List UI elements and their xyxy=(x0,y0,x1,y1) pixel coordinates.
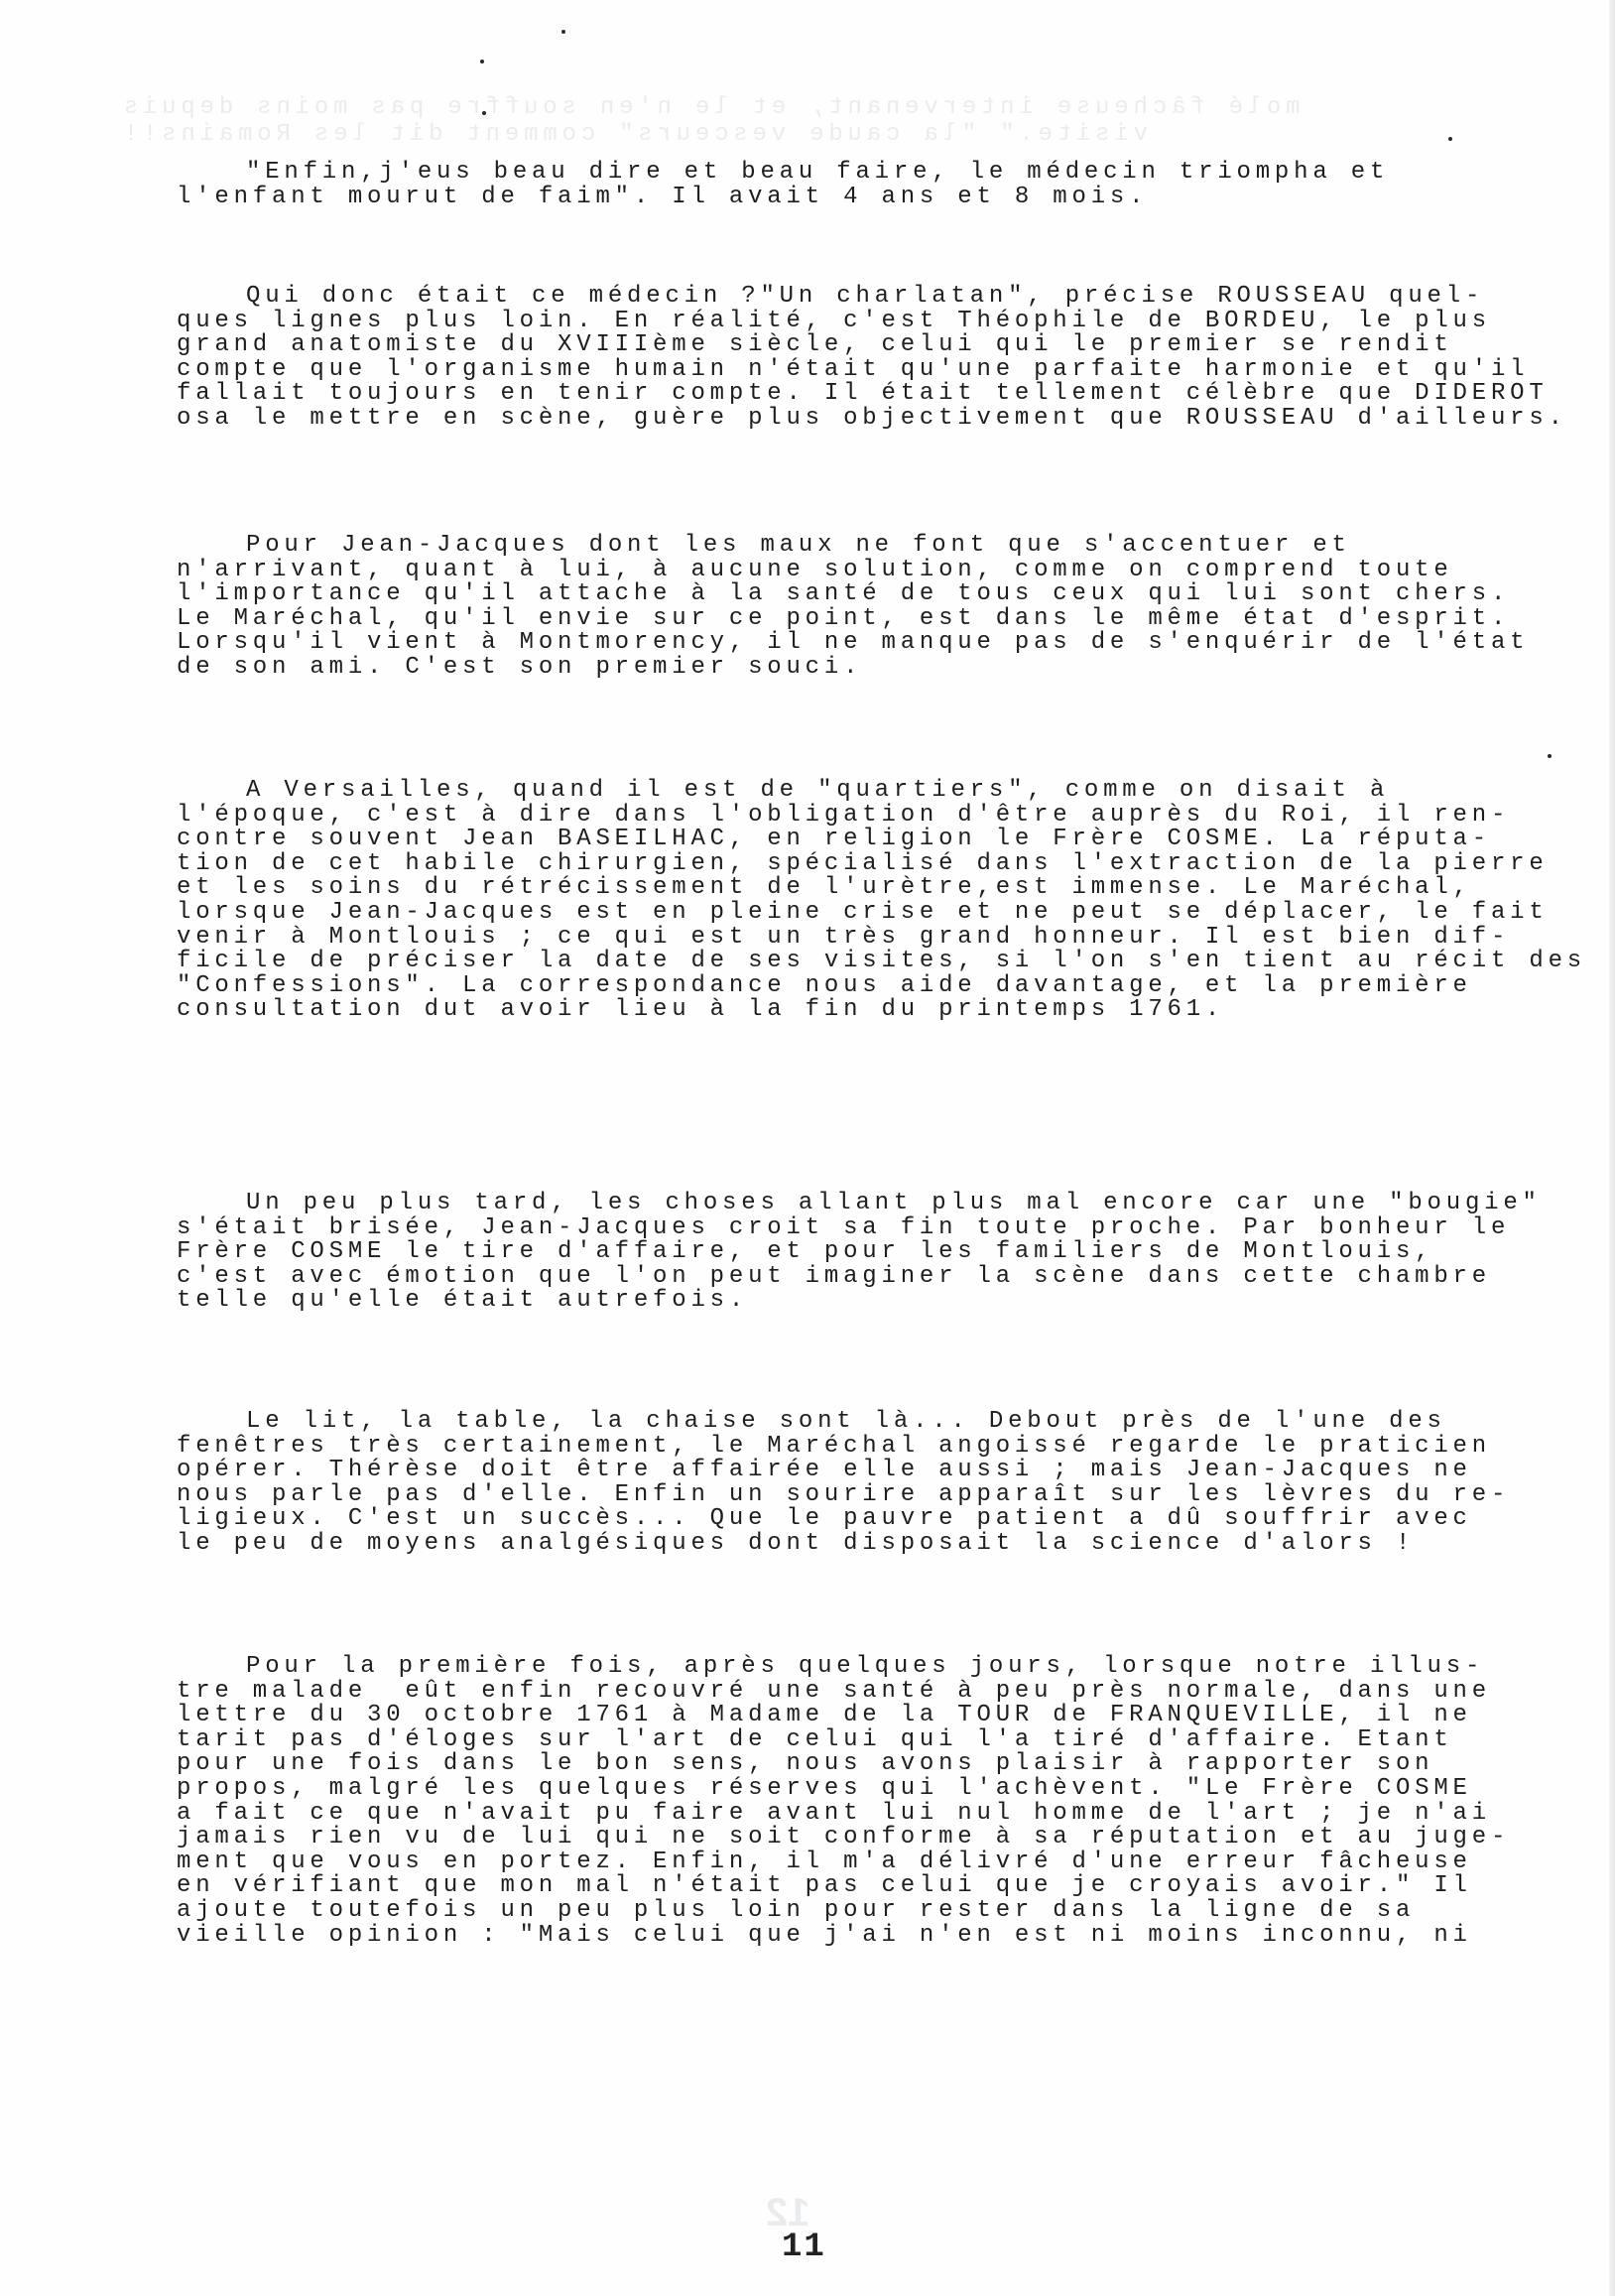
text-line: l'enfant mourut de faim". Il avait 4 ans… xyxy=(177,184,1148,211)
bleed-through: visite." "la caude vesceurs" comment dit… xyxy=(119,121,1148,148)
scanned-page: molé fâcheuse intervenant, et le n'en so… xyxy=(0,0,1615,2296)
text-line: osa le mettre en scène, guère plus objec… xyxy=(177,405,1567,433)
text-line: vieille opinion : "Mais celui que j'ai n… xyxy=(177,1922,1472,1950)
speck xyxy=(1548,754,1552,758)
text-line: telle qu'elle était autrefois. xyxy=(177,1287,748,1315)
speck xyxy=(480,60,484,64)
bleed-through: molé fâcheuse intervenant, et le n'en so… xyxy=(119,94,1301,121)
text-line: de son ami. C'est son premier souci. xyxy=(177,654,862,682)
speck xyxy=(482,111,486,115)
page-number: 11 xyxy=(782,2229,826,2266)
text-line: consultation dut avoir lieu à la fin du … xyxy=(177,996,1224,1024)
text-line: le peu de moyens analgésiques dont dispo… xyxy=(177,1530,1415,1558)
scan-edge xyxy=(1609,0,1615,2296)
speck xyxy=(1448,137,1452,141)
speck xyxy=(561,30,565,34)
